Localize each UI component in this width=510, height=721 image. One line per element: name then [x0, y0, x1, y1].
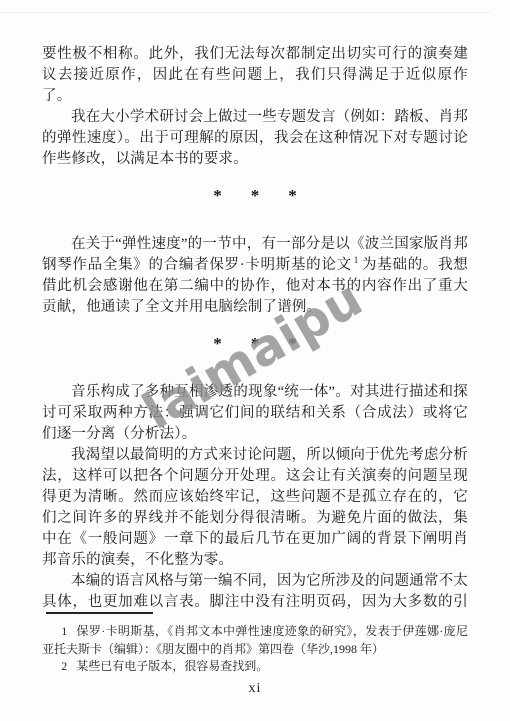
asterisk: * [251, 339, 260, 349]
section-separator: *** [42, 186, 468, 206]
footnote-divider-rule [46, 612, 153, 614]
asterisk: * [288, 191, 297, 201]
asterisk: * [213, 191, 222, 201]
footnote-list: 1保罗·卡明斯基，《肖邦文本中弹性速度迹象的研究》，发表于伊莲娜·庞尼亚托夫斯卡… [42, 623, 468, 676]
page-number: xi [0, 681, 510, 697]
footnote-item: 2某些已有电子版本，很容易查找到。 [42, 658, 468, 676]
footnote-number: 2 [61, 659, 67, 673]
footnote-text: 保罗·卡明斯基，《肖邦文本中弹性速度迹象的研究》，发表于伊莲娜·庞尼亚托夫斯卡（… [42, 624, 468, 656]
footnote-area: 1保罗·卡明斯基，《肖邦文本中弹性速度迹象的研究》，发表于伊莲娜·庞尼亚托夫斯卡… [42, 612, 468, 676]
footnote-text: 某些已有电子版本，很容易查找到。 [76, 659, 268, 673]
page-top-edge-line [0, 12, 492, 13]
body-text-column: 要性极不相称。此外，我们无法每次都制定出切实可行的演奏建议去接近原作，因此在有些… [42, 44, 468, 610]
paragraph: 本编的语言风格与第一编不同，因为它所涉及的问题通常不太具体，也更加难以言表。脚注… [42, 571, 468, 610]
paragraph: 我渴望以最简明的方式来讨论问题，所以倾向于优先考虑分析法，这样可以把各个问题分开… [42, 445, 468, 571]
asterisk: * [251, 191, 260, 201]
paragraph-text: 我在大小学术研讨会上做过一些专题发言（例如：踏板、肖邦的弹性速度）。出于可理解的… [42, 109, 468, 167]
paragraph: 音乐构成了多种互相渗透的现象“统一体”。对其进行描述和探讨可采取两种方法：强调它… [42, 382, 468, 445]
paragraph: 在关于“弹性速度”的一节中，有一部分是以《波兰国家版肖邦钢琴作品全集》的合编者保… [42, 234, 468, 318]
paragraph-text: 我渴望以最简明的方式来讨论问题，所以倾向于优先考虑分析法，这样可以把各个问题分开… [42, 447, 468, 568]
section-separator: *** [42, 334, 468, 354]
footnote-reference-mark: 1 [354, 255, 359, 265]
footnote-number: 1 [61, 624, 67, 638]
paragraph-text: 要性极不相称。此外，我们无法每次都制定出切实可行的演奏建议去接近原作，因此在有些… [42, 46, 468, 104]
asterisk: * [213, 339, 222, 349]
paragraph: 我在大小学术研讨会上做过一些专题发言（例如：踏板、肖邦的弹性速度）。出于可理解的… [42, 107, 468, 170]
asterisk: * [288, 339, 297, 349]
paragraph: 要性极不相称。此外，我们无法每次都制定出切实可行的演奏建议去接近原作，因此在有些… [42, 44, 468, 107]
paragraph-text: 本编的语言风格与第一编不同，因为它所涉及的问题通常不太具体，也更加难以言表。脚注… [42, 573, 468, 610]
paragraph-text: 音乐构成了多种互相渗透的现象“统一体”。对其进行描述和探讨可采取两种方法：强调它… [42, 384, 468, 442]
footnote-item: 1保罗·卡明斯基，《肖邦文本中弹性速度迹象的研究》，发表于伊莲娜·庞尼亚托夫斯卡… [42, 623, 468, 658]
book-page: laimaipu 要性极不相称。此外，我们无法每次都制定出切实可行的演奏建议去接… [0, 0, 510, 721]
